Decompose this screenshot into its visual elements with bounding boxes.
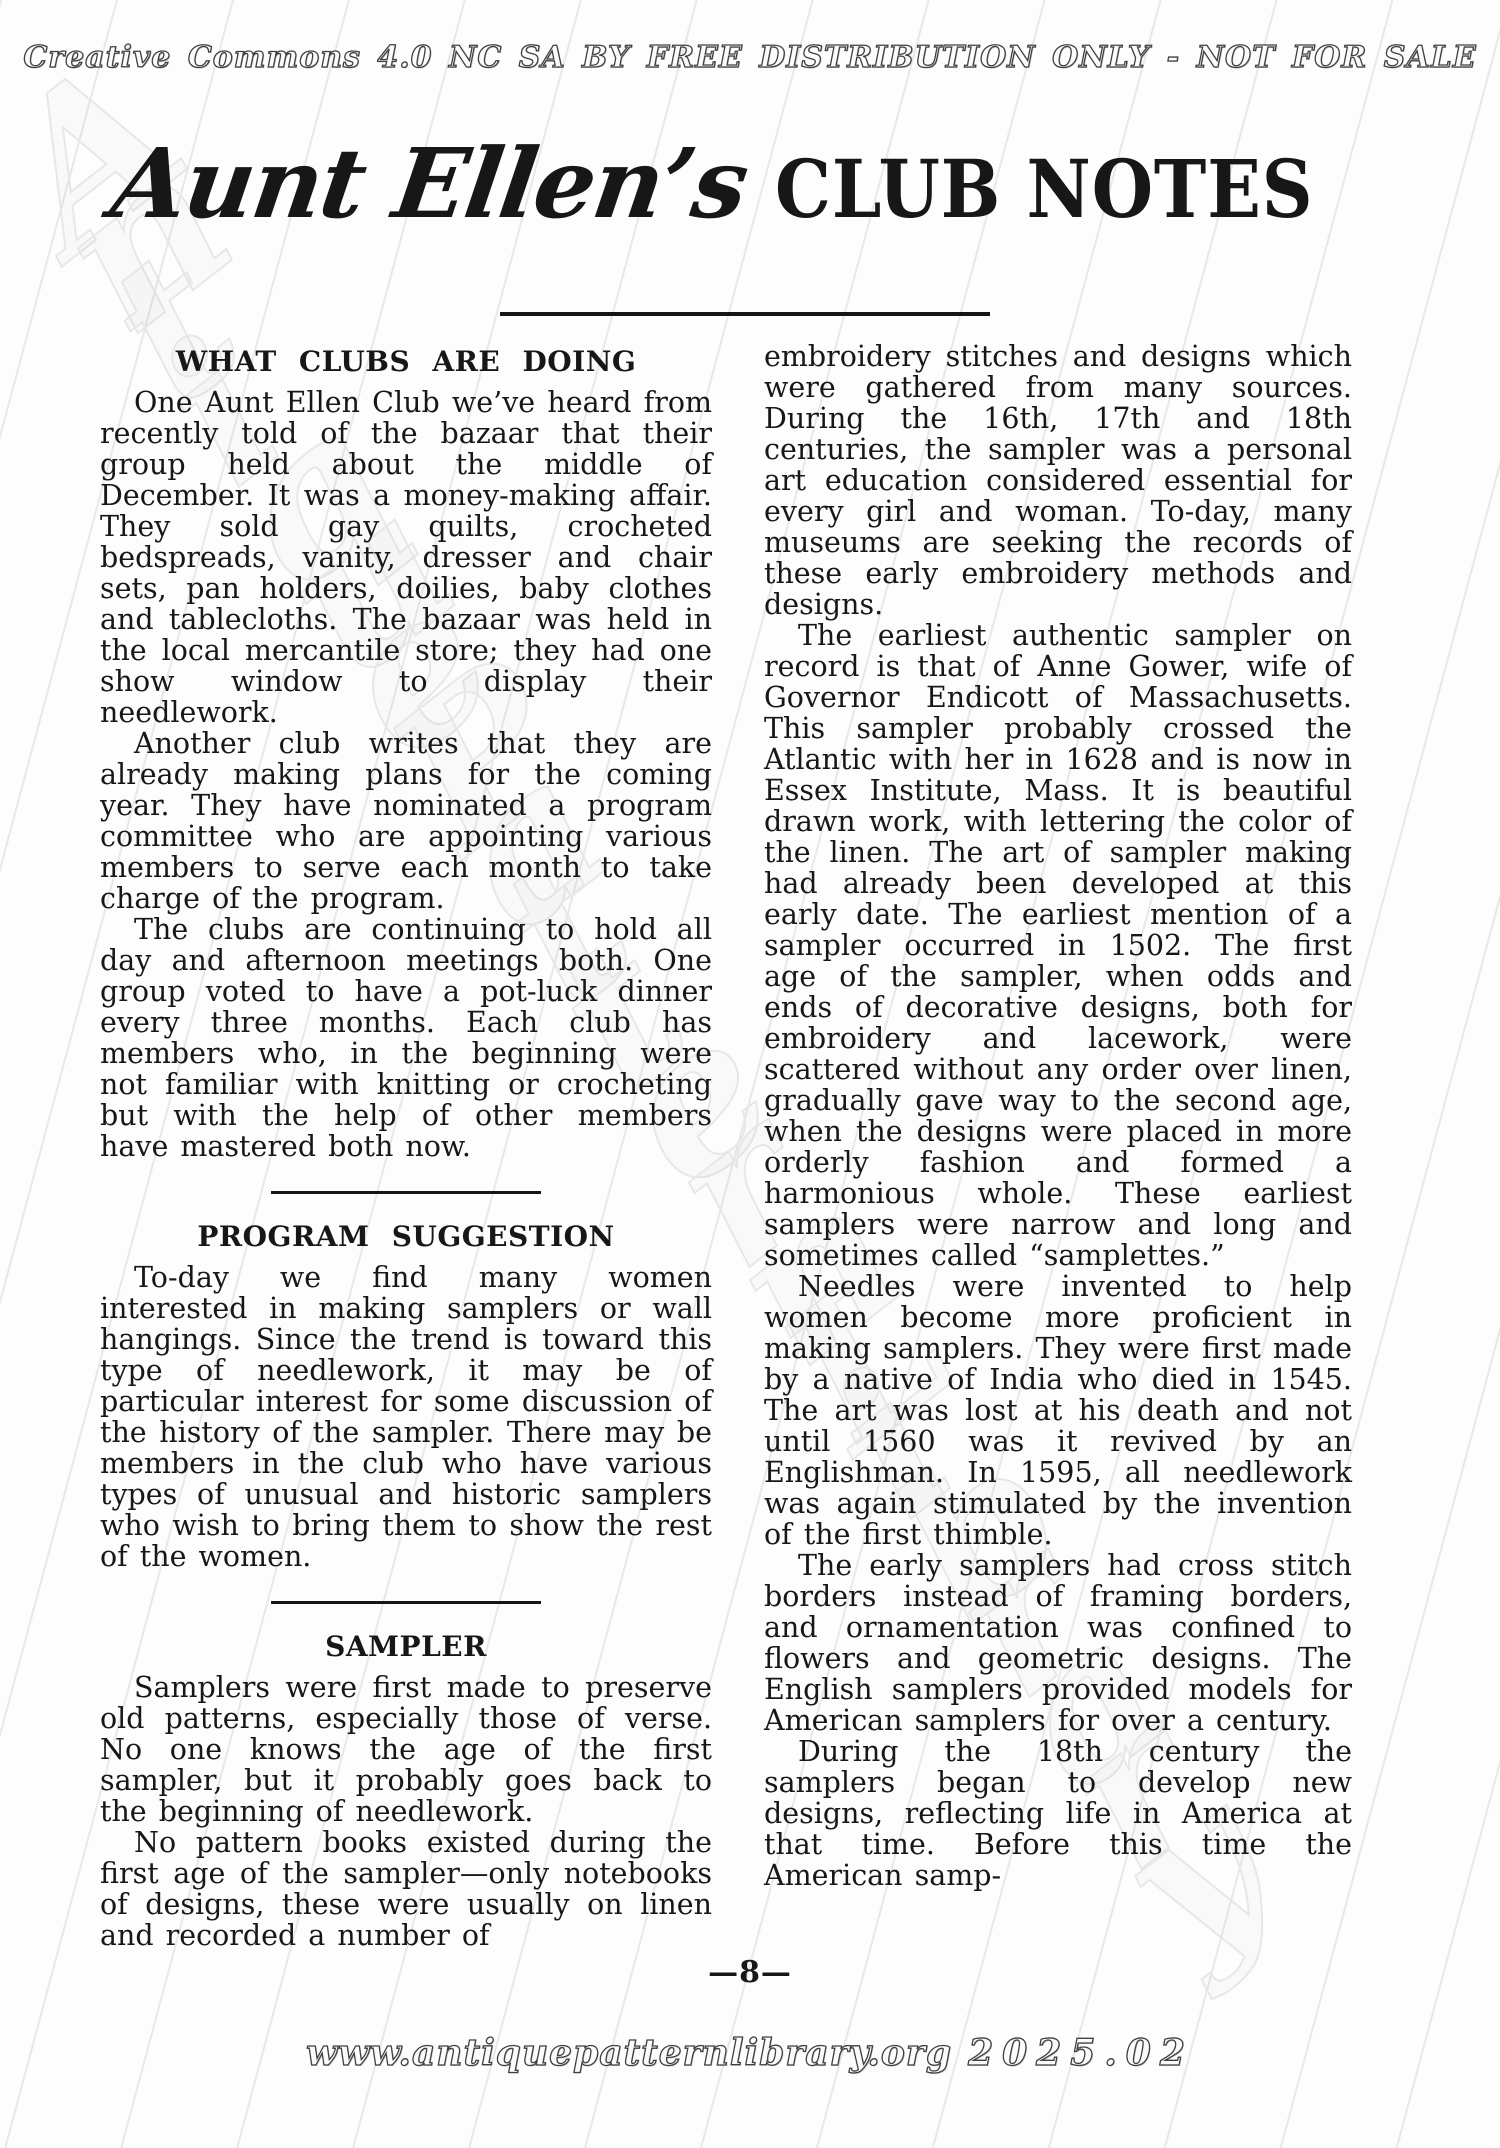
masthead-title: Aunt Ellen’s CLUB NOTES [0, 136, 1500, 232]
article-paragraph: Needles were invented to help women beco… [764, 1271, 1352, 1550]
article-paragraph: One Aunt Ellen Club we’ve heard from rec… [100, 387, 712, 728]
footer-line: www.antiquepatternlibrary.org2025.02 [0, 2032, 1500, 2074]
article-paragraph: Another club writes that they are alread… [100, 728, 712, 914]
article-paragraph: No pattern books existed during the firs… [100, 1827, 712, 1951]
section-heading: SAMPLER [100, 1631, 712, 1663]
footer-url: www.antiquepatternlibrary.org [306, 2032, 952, 2074]
article-column-left: WHAT CLUBS ARE DOINGOne Aunt Ellen Club … [100, 341, 712, 1951]
footer-edition: 2025.02 [968, 2032, 1194, 2074]
scanned-newsletter-page: AntiquePatternLibrary Creative Commons 4… [0, 0, 1500, 2148]
article-paragraph: embroidery stitches and designs which we… [764, 341, 1352, 620]
section-divider-rule [271, 1601, 541, 1604]
masthead-script-title: Aunt Ellen’s [106, 136, 752, 232]
article-paragraph: The clubs are continuing to hold all day… [100, 914, 712, 1162]
article-paragraph: The early samplers had cross stitch bord… [764, 1550, 1352, 1736]
article-paragraph: During the 18th century the samplers beg… [764, 1736, 1352, 1891]
article-column-right: embroidery stitches and designs which we… [764, 341, 1352, 1951]
masthead-block-title: CLUB NOTES [775, 149, 1313, 229]
section-heading: PROGRAM SUGGESTION [100, 1221, 712, 1253]
page-number: —8— [0, 1955, 1500, 1990]
masthead-divider-rule [500, 312, 990, 316]
license-line: Creative Commons 4.0 NC SA BY FREE DISTR… [0, 40, 1500, 75]
section-heading: WHAT CLUBS ARE DOING [100, 346, 712, 378]
article-body: WHAT CLUBS ARE DOINGOne Aunt Ellen Club … [100, 341, 1352, 1951]
section-divider-rule [271, 1191, 541, 1194]
article-paragraph: The earliest authentic sampler on record… [764, 620, 1352, 1271]
article-paragraph: To-day we find many women interested in … [100, 1262, 712, 1572]
article-paragraph: Samplers were first made to preserve old… [100, 1672, 712, 1827]
